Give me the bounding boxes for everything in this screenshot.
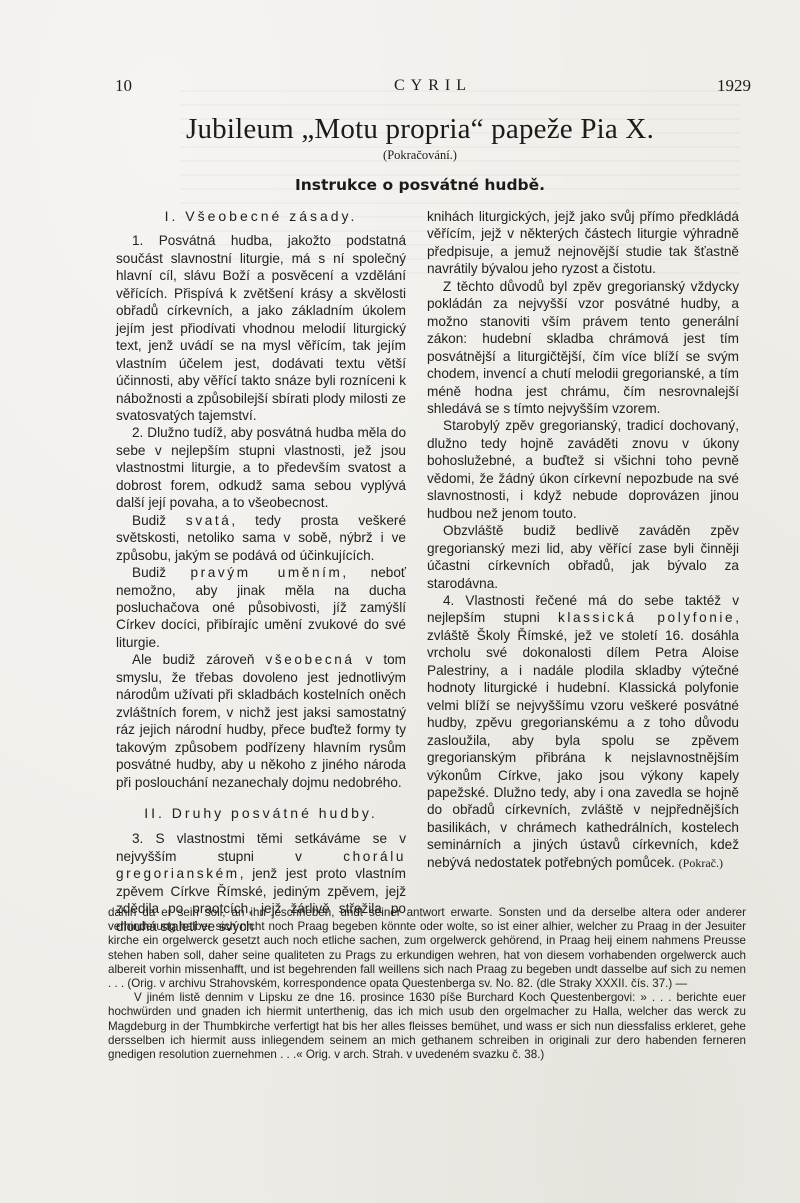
text-run: Budiž xyxy=(132,513,186,528)
running-header: 10 CYRIL 1929 xyxy=(115,76,751,100)
paragraph-5: Ale budiž zároveň všeobecná v tom smyslu… xyxy=(116,651,406,791)
spaced-emphasis: klassická polyfonie xyxy=(558,610,735,625)
text-run: v tom smyslu, že třebas dovoleno jest je… xyxy=(116,652,406,789)
paragraph-1: 1. Posvátná hudba, jakožto podstatná sou… xyxy=(116,232,406,424)
continued-marker: (Pokrač.) xyxy=(679,856,723,870)
journal-name: CYRIL xyxy=(115,77,751,95)
right-column: knihách liturgických, jejž jako svůj pří… xyxy=(427,208,739,872)
footnote-paragraph-2: V jiném listě dennim v Lipsku ze dne 16.… xyxy=(108,991,746,1062)
spaced-emphasis: svatá xyxy=(186,513,232,528)
section-heading-2: II. Druhy posvátné hudby. xyxy=(116,805,406,822)
paragraph-4: Budiž pravým uměním, neboť nemožno, aby … xyxy=(116,564,406,651)
publication-year: 1929 xyxy=(717,76,751,96)
paragraph-8: Starobylý zpěv gregorianský, tradicí doc… xyxy=(427,417,739,522)
footnote-block: dahin da er sein soll, an ihn jeschriebe… xyxy=(108,906,746,1062)
text-run: Ale budiž zároveň xyxy=(132,652,265,667)
paragraph-3: Budiž svatá, tedy prosta veškeré světsko… xyxy=(116,512,406,564)
paragraph-7: Z těchto důvodů byl zpěv gregorianský vž… xyxy=(427,278,739,418)
article-title: Jubileum „Motu propria“ papeže Pia X. xyxy=(100,113,740,146)
paragraph-9: Obzvláště budiž bedlivě zaváděn zpěv gre… xyxy=(427,522,739,592)
paragraph-10: 4. Vlastnosti řečené má do sebe taktéž v… xyxy=(427,592,739,872)
paragraph-continued: knihách liturgických, jejž jako svůj pří… xyxy=(427,208,739,278)
spaced-emphasis: pravým uměním xyxy=(190,565,342,580)
section-heading-1: I. Všeobecné zásady. xyxy=(116,208,406,225)
footnote-paragraph-1: dahin da er sein soll, an ihn jeschriebe… xyxy=(108,906,746,991)
paragraph-2: 2. Dlužno tudíž, aby posvátná hudba měla… xyxy=(116,424,406,511)
article-subtitle: (Pokračování.) xyxy=(100,148,740,163)
left-column: I. Všeobecné zásady. 1. Posvátná hudba, … xyxy=(116,208,406,935)
text-run: , zvláště Školy Římské, jež ve století 1… xyxy=(427,610,739,869)
scanned-page: 10 CYRIL 1929 Jubileum „Motu propria“ pa… xyxy=(0,0,800,1203)
text-run: Budiž xyxy=(132,565,190,580)
spaced-emphasis: všeobecná xyxy=(265,652,354,667)
section-title: Instrukce o posvátné hudbě. xyxy=(100,176,740,194)
